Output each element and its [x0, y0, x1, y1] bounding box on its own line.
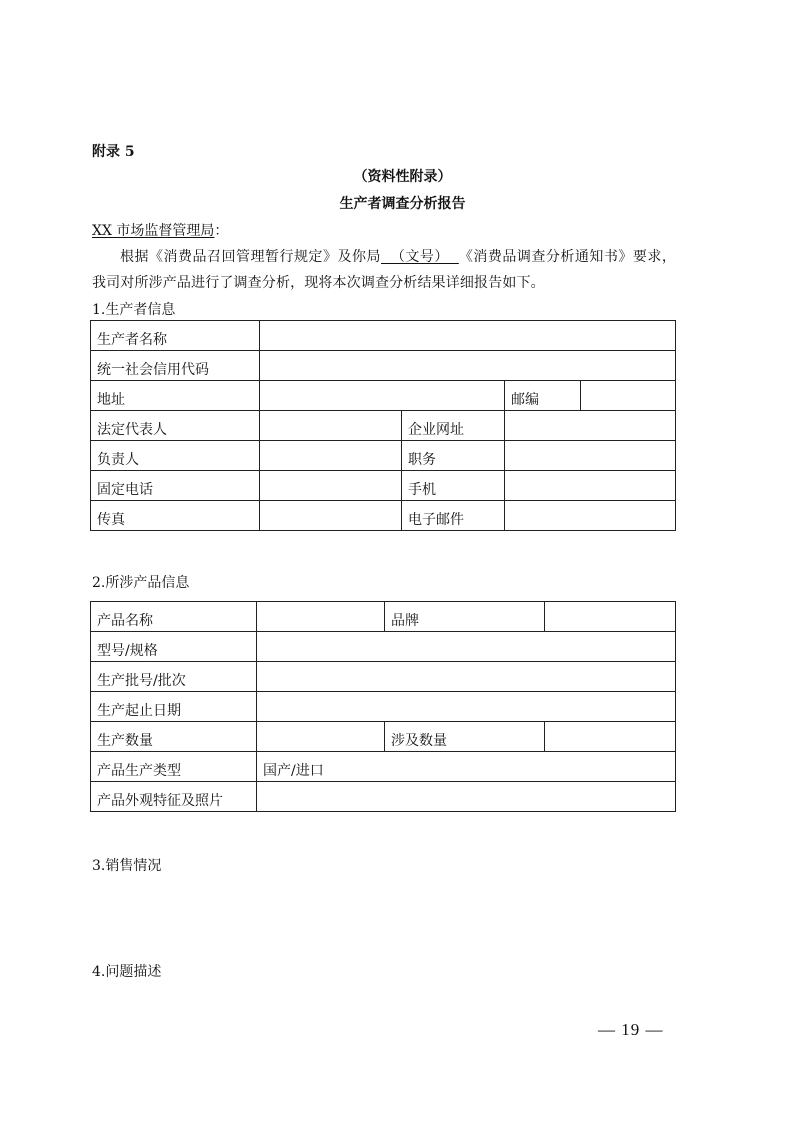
addressee-colon: ：	[214, 220, 228, 240]
table-row-producer-name: 生产者名称	[91, 321, 676, 351]
responsible-person-field[interactable]	[260, 441, 402, 471]
legal-rep-field[interactable]	[260, 411, 402, 441]
intro-paragraph: 根据《消费品召回管理暂行规定》及你局 （文号） 《消费品调查分析通知书》要求，我…	[92, 244, 676, 296]
document-subtitle: （资料性附录）	[6, 166, 793, 186]
table-row-responsible: 负责人 职务	[91, 441, 676, 471]
brand-label: 品牌	[385, 602, 545, 632]
brand-field[interactable]	[545, 602, 676, 632]
producer-name-field[interactable]	[260, 321, 676, 351]
appendix-label: 附录 5	[92, 141, 135, 161]
position-field[interactable]	[505, 441, 676, 471]
model-field[interactable]	[257, 632, 676, 662]
batch-field[interactable]	[257, 662, 676, 692]
section2-heading: 2.所涉产品信息	[92, 572, 189, 592]
production-type-field[interactable]: 国产/进口	[257, 752, 676, 782]
producer-name-label: 生产者名称	[91, 321, 260, 351]
product-name-label: 产品名称	[91, 602, 257, 632]
table-row-address: 地址 邮编	[91, 381, 676, 411]
addressee-text: XX 市场监督管理局	[92, 223, 214, 239]
table-row-appearance: 产品外观特征及照片	[91, 782, 676, 812]
affected-quantity-label: 涉及数量	[385, 722, 545, 752]
table-row-fax: 传真 电子邮件	[91, 501, 676, 531]
producer-info-table: 生产者名称 统一社会信用代码 地址 邮编 法定代表人 企业网址 负责人 职务 固…	[90, 320, 676, 531]
position-label: 职务	[402, 441, 505, 471]
mobile-field[interactable]	[505, 471, 676, 501]
mobile-label: 手机	[402, 471, 505, 501]
email-label: 电子邮件	[402, 501, 505, 531]
production-dates-field[interactable]	[257, 692, 676, 722]
credit-code-label: 统一社会信用代码	[91, 351, 260, 381]
website-label: 企业网址	[402, 411, 505, 441]
section1-heading: 1.生产者信息	[92, 299, 175, 319]
table-row-legal-rep: 法定代表人 企业网址	[91, 411, 676, 441]
postcode-label: 邮编	[505, 381, 581, 411]
address-label: 地址	[91, 381, 260, 411]
fax-field[interactable]	[260, 501, 402, 531]
section3-heading: 3.销售情况	[92, 855, 161, 875]
document-title: 生产者调查分析报告	[6, 193, 793, 213]
table-row-phone: 固定电话 手机	[91, 471, 676, 501]
appearance-label: 产品外观特征及照片	[91, 782, 257, 812]
production-dates-label: 生产起止日期	[91, 692, 257, 722]
postcode-field[interactable]	[581, 381, 676, 411]
page-number: — 19 —	[598, 1020, 664, 1040]
responsible-person-label: 负责人	[91, 441, 260, 471]
legal-rep-label: 法定代表人	[91, 411, 260, 441]
table-row-batch: 生产批号/批次	[91, 662, 676, 692]
website-field[interactable]	[505, 411, 676, 441]
table-row-production-type: 产品生产类型 国产/进口	[91, 752, 676, 782]
product-name-field[interactable]	[257, 602, 385, 632]
section4-heading: 4.问题描述	[92, 961, 161, 981]
address-field[interactable]	[260, 381, 505, 411]
table-row-product-name: 产品名称 品牌	[91, 602, 676, 632]
production-quantity-label: 生产数量	[91, 722, 257, 752]
model-label: 型号/规格	[91, 632, 257, 662]
credit-code-field[interactable]	[260, 351, 676, 381]
table-row-production-dates: 生产起止日期	[91, 692, 676, 722]
intro-part1: 根据《消费品召回管理暂行规定》及你局	[120, 249, 381, 265]
table-row-quantity: 生产数量 涉及数量	[91, 722, 676, 752]
addressee: XX 市场监督管理局：	[92, 220, 228, 240]
production-type-label: 产品生产类型	[91, 752, 257, 782]
production-quantity-field[interactable]	[257, 722, 385, 752]
product-info-table: 产品名称 品牌 型号/规格 生产批号/批次 生产起止日期 生产数量 涉及数量 产…	[90, 601, 676, 812]
table-row-credit-code: 统一社会信用代码	[91, 351, 676, 381]
appearance-field[interactable]	[257, 782, 676, 812]
document-number-blank[interactable]: （文号）	[381, 249, 459, 265]
table-row-model: 型号/规格	[91, 632, 676, 662]
email-field[interactable]	[505, 501, 676, 531]
affected-quantity-field[interactable]	[545, 722, 676, 752]
batch-label: 生产批号/批次	[91, 662, 257, 692]
landline-field[interactable]	[260, 471, 402, 501]
landline-label: 固定电话	[91, 471, 260, 501]
fax-label: 传真	[91, 501, 260, 531]
